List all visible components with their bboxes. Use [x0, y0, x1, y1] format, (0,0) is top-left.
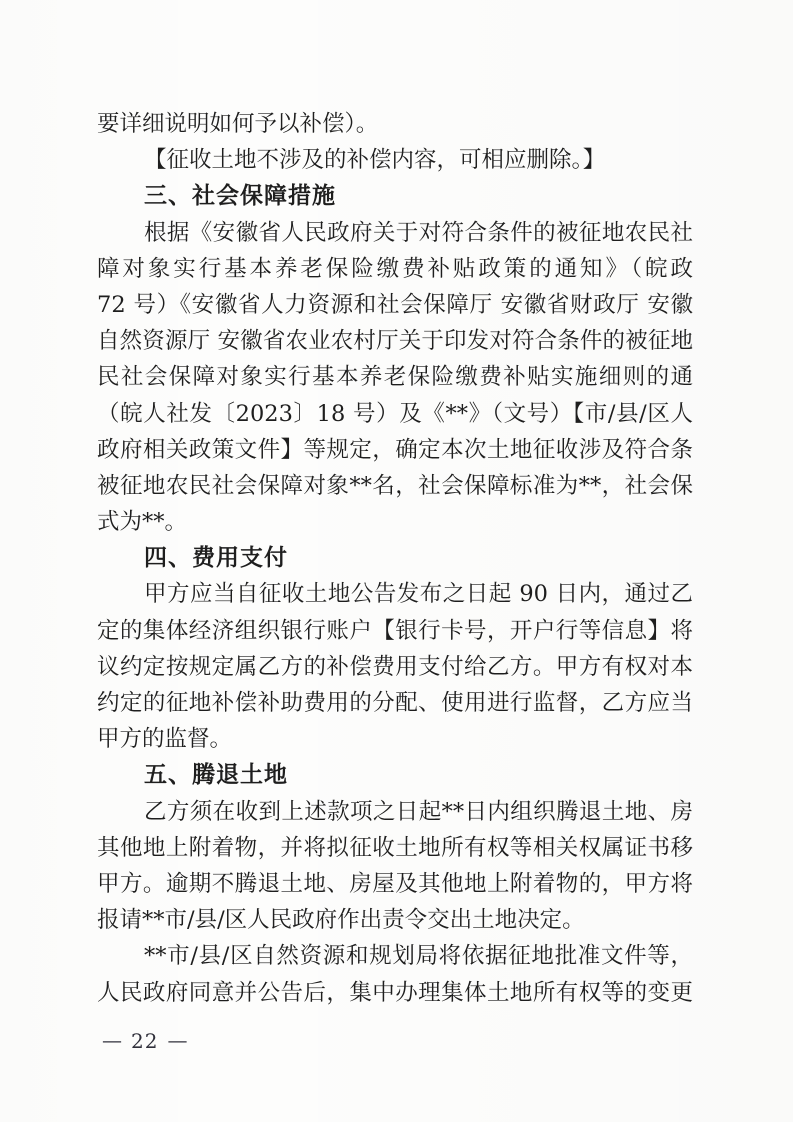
text-line: 政府相关政策文件】等规定，确定本次土地征收涉及符合条件的 [97, 432, 693, 468]
text-line: 72 号）《安徽省人力资源和社会保障厅 安徽省财政厅 安徽省 [97, 287, 693, 323]
text-line: 【征收土地不涉及的补偿内容，可相应删除。】 [97, 142, 693, 178]
text-line: 议约定按规定属乙方的补偿费用支付给乙方。甲方有权对本协议 [97, 649, 693, 685]
text-line: 式为**。 [97, 504, 693, 540]
page-number: 22 [131, 1026, 158, 1056]
text-line: 甲方的监督。 [97, 721, 693, 757]
text-line: 报请**市/县/区人民政府作出责令交出土地决定。 [97, 902, 693, 938]
text-line: 障对象实行基本养老保险缴费补贴政策的通知》（皖政〔2023〕 [97, 251, 693, 287]
footer-left-dash: — [102, 1025, 122, 1055]
text-line: 约定的征地补偿补助费用的分配、使用进行监督，乙方应当接受 [97, 685, 693, 721]
text-line: （皖人社发〔2023〕18 号）及《**》（文号）【市/县/区人民 [97, 396, 693, 432]
footer-right-dash: — [167, 1025, 187, 1055]
section-heading: 三、社会保障措施 [97, 178, 693, 214]
text-line: 甲方应当自征收土地公告发布之日起 90 日内，通过乙方指 [97, 576, 693, 612]
text-line: 根据《安徽省人民政府关于对符合条件的被征地农民社会保 [97, 215, 693, 251]
document-text-block: 要详细说明如何予以补偿）。 【征收土地不涉及的补偿内容，可相应删除。】 三、社会… [97, 106, 693, 1011]
section-heading: 五、腾退土地 [97, 757, 693, 793]
text-line: **市/县/区自然资源和规划局将依据征地批准文件等，报** [97, 938, 693, 974]
footer-page-number: — 22 — [102, 1026, 187, 1056]
text-line: 定的集体经济组织银行账户【银行卡号，开户行等信息】将本协 [97, 613, 693, 649]
text-line: 被征地农民社会保障对象**名，社会保障标准为**，社会保障方 [97, 468, 693, 504]
text-line: 甲方。逾期不腾退土地、房屋及其他地上附着物的，甲方将依法 [97, 866, 693, 902]
text-line: 民社会保障对象实行基本养老保险缴费补贴实施细则的通知》 [97, 359, 693, 395]
document-page: 要详细说明如何予以补偿）。 【征收土地不涉及的补偿内容，可相应删除。】 三、社会… [0, 0, 793, 1122]
text-line: 人民政府同意并公告后，集中办理集体土地所有权等的变更或者 [97, 975, 693, 1011]
text-line: 乙方须在收到上述款项之日起**日内组织腾退土地、房屋及 [97, 794, 693, 830]
text-line: 要详细说明如何予以补偿）。 [97, 106, 693, 142]
text-line: 其他地上附着物，并将拟征收土地所有权等相关权属证书移交给 [97, 830, 693, 866]
text-line: 自然资源厅 安徽省农业农村厅关于印发对符合条件的被征地农 [97, 323, 693, 359]
section-heading: 四、费用支付 [97, 540, 693, 576]
